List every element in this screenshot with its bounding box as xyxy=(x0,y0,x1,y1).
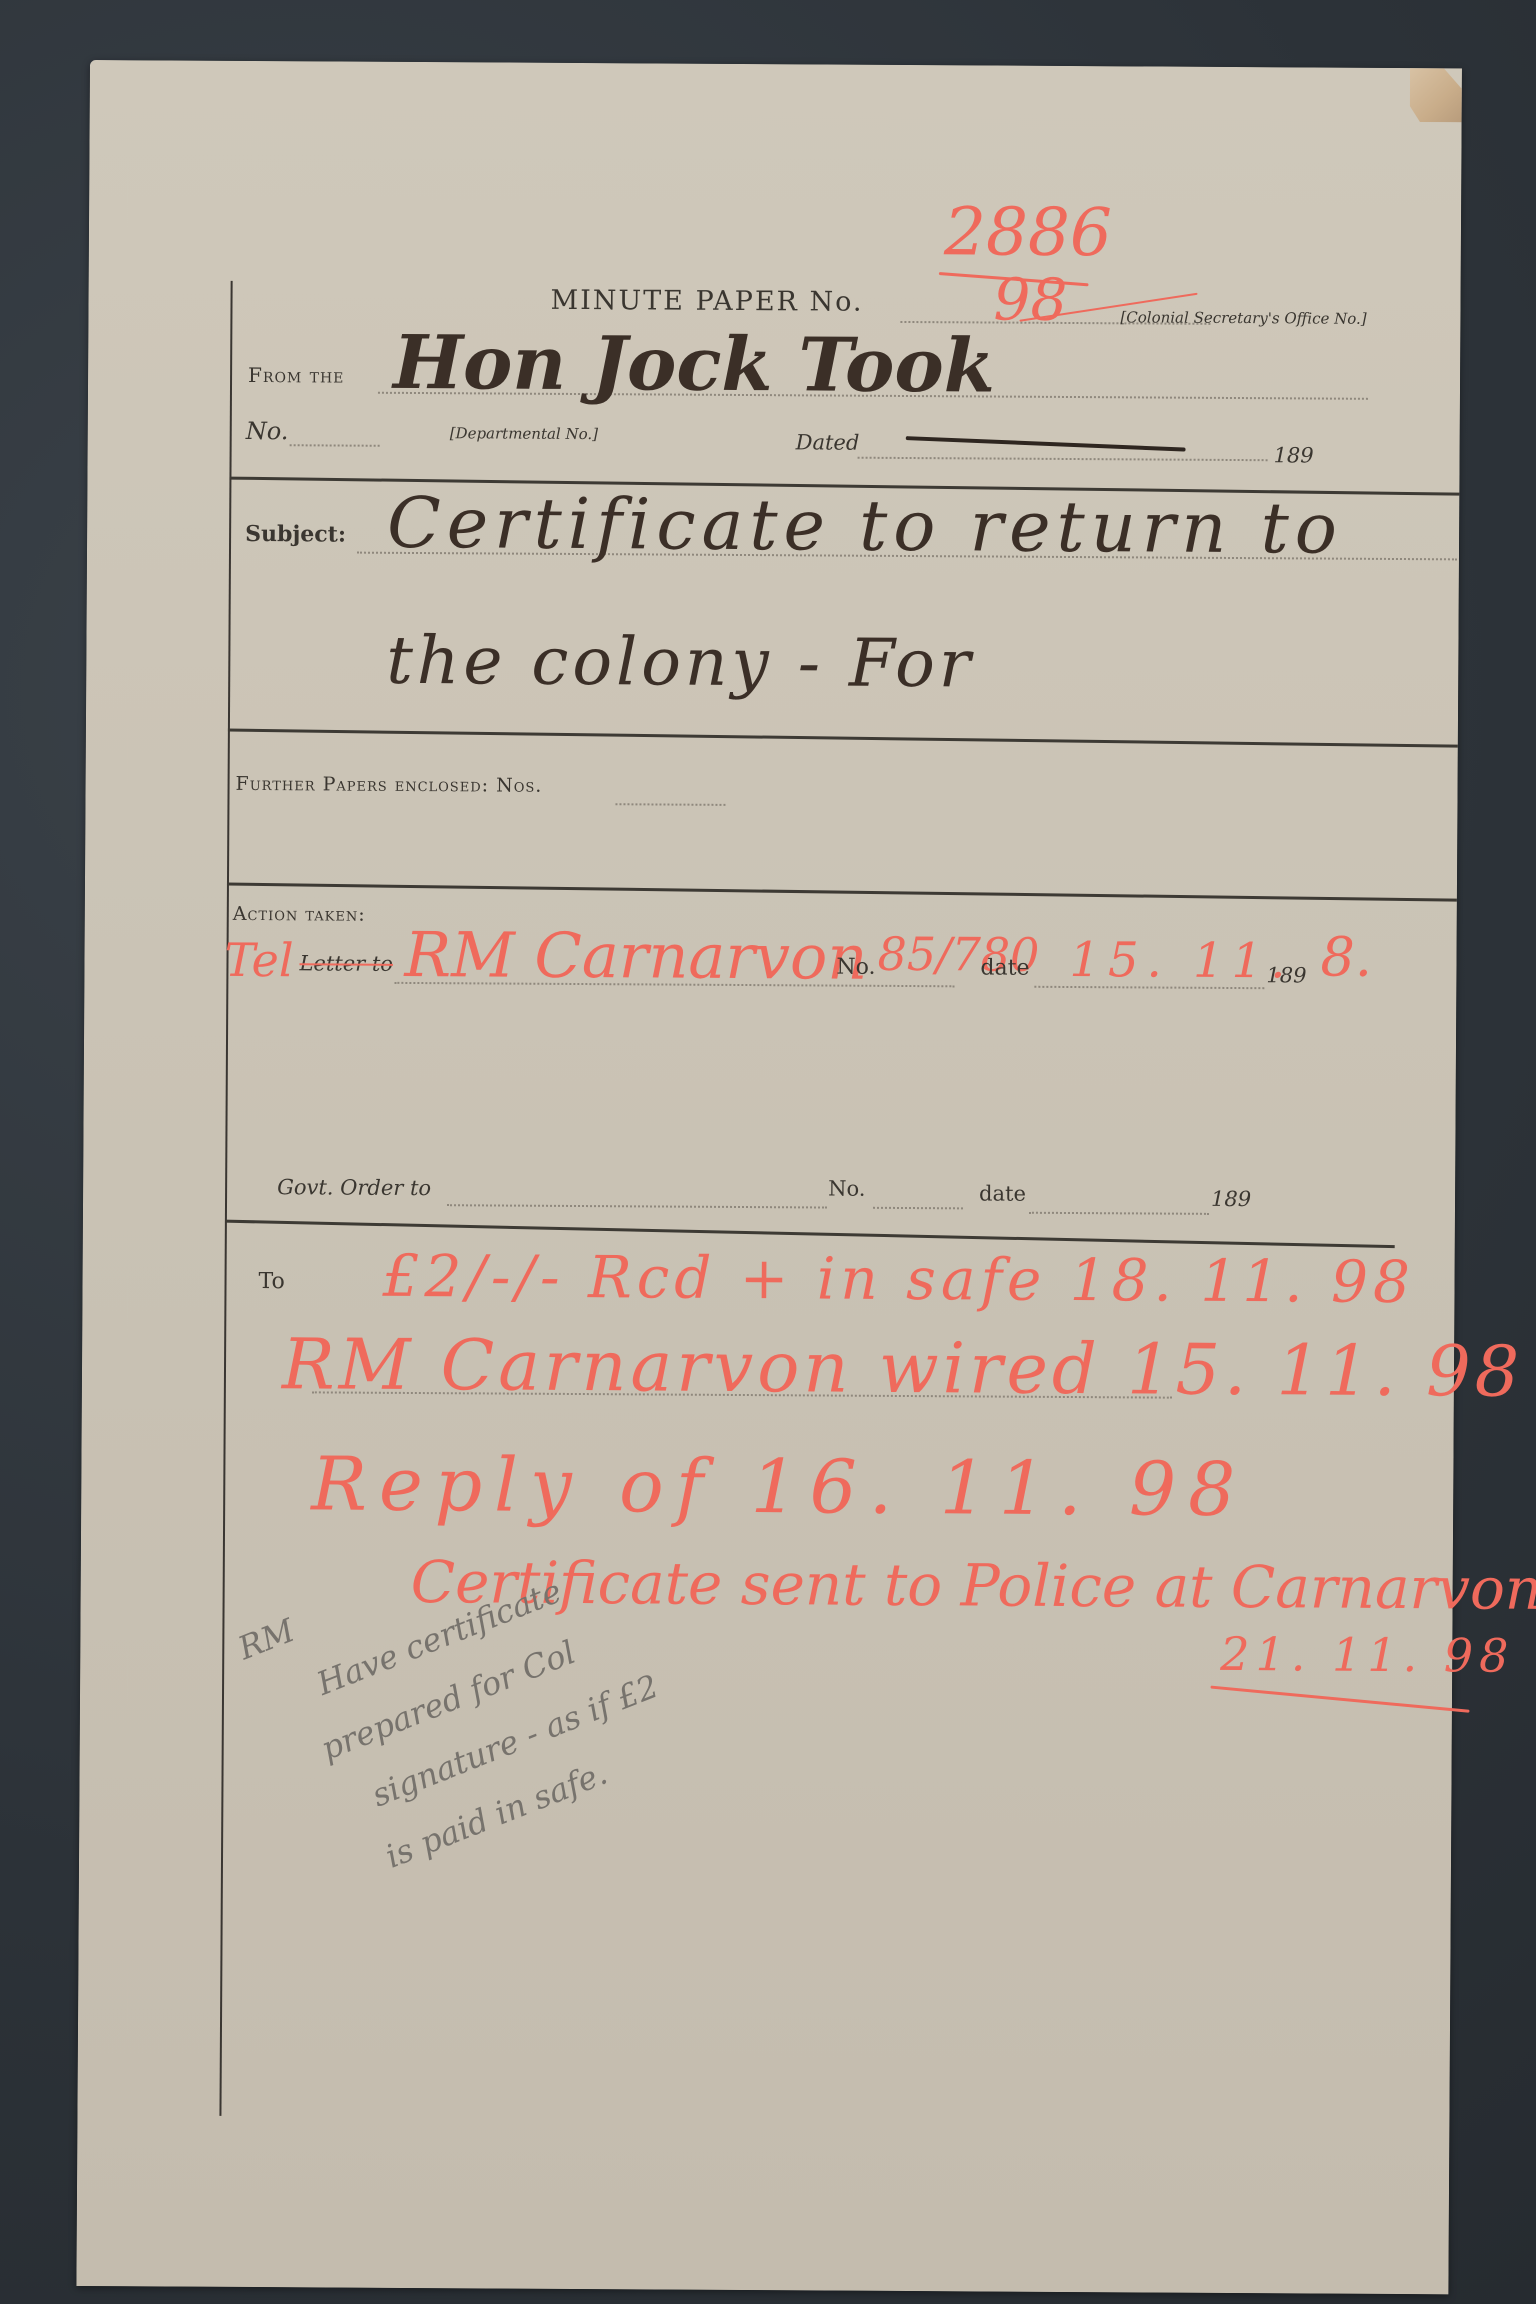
govt-date-line xyxy=(1029,1212,1209,1215)
no-line xyxy=(290,444,380,447)
govt-no-label: No. xyxy=(828,1177,865,1201)
rule-after-subject xyxy=(228,729,1458,748)
action-prefix: Tel xyxy=(224,933,293,987)
minute-paper: MINUTE PAPER No. 2886 98 [Colonial Secre… xyxy=(76,60,1462,2294)
govt-year: 189 xyxy=(1211,1187,1251,1211)
action-taken-label: Action taken: xyxy=(233,903,366,926)
dated-dash xyxy=(906,436,1186,451)
form-title: MINUTE PAPER No. xyxy=(550,285,863,318)
letter-to-value: RM Carnarvon xyxy=(404,918,867,994)
subject-line-1: Certificate to return to xyxy=(387,482,1343,570)
form-number-handwritten: 2886 xyxy=(944,193,1112,271)
departmental-label: [Departmental No.] xyxy=(450,424,598,443)
letter-year-suffix: 8. xyxy=(1320,926,1372,989)
letter-to-label: Letter to xyxy=(299,951,393,976)
red-note-5: 21. 11. 98 xyxy=(1220,1627,1514,1683)
pencil-note: RM Have certificate prepared for Col sig… xyxy=(228,1483,690,1909)
further-papers-line xyxy=(615,803,725,806)
letter-date-label: date xyxy=(980,955,1029,980)
from-value: Hon Jock Took xyxy=(393,320,995,410)
govt-order-line xyxy=(447,1204,827,1208)
govt-date-label: date xyxy=(979,1181,1026,1205)
form-year-handwritten: 98 xyxy=(993,266,1067,334)
further-papers-label: Further Papers enclosed: Nos. xyxy=(236,773,543,797)
left-margin-rule xyxy=(219,281,232,2116)
red-underline xyxy=(1210,1686,1469,1713)
dated-line xyxy=(858,457,1268,462)
dated-year: 189 xyxy=(1274,443,1314,467)
govt-no-line xyxy=(873,1207,963,1210)
red-note-3: Reply of 16. 11. 98 xyxy=(311,1441,1247,1533)
subject-line-2: the colony - For xyxy=(386,622,975,703)
rule-after-further-papers xyxy=(227,883,1457,902)
letter-date-value: 15. 11. xyxy=(1069,932,1293,989)
subject-label: Subject: xyxy=(245,521,346,548)
red-note-2: RM Carnarvon wired 15. 11. 98 xyxy=(282,1323,1524,1413)
folded-corner xyxy=(1410,68,1462,122)
no-label: No. xyxy=(246,417,289,445)
from-label: From the xyxy=(248,363,345,388)
to-label: To xyxy=(258,1269,284,1294)
letter-year-prefix: 189 xyxy=(1266,963,1306,987)
letter-no-label: No. xyxy=(836,955,875,980)
dated-label: Dated xyxy=(796,430,860,454)
govt-order-label: Govt. Order to xyxy=(277,1175,431,1200)
red-note-1: £2/-/- Rcd + in safe 18. 11. 98 xyxy=(382,1242,1415,1316)
colonial-office-label: [Colonial Secretary's Office No.] xyxy=(1120,308,1366,328)
